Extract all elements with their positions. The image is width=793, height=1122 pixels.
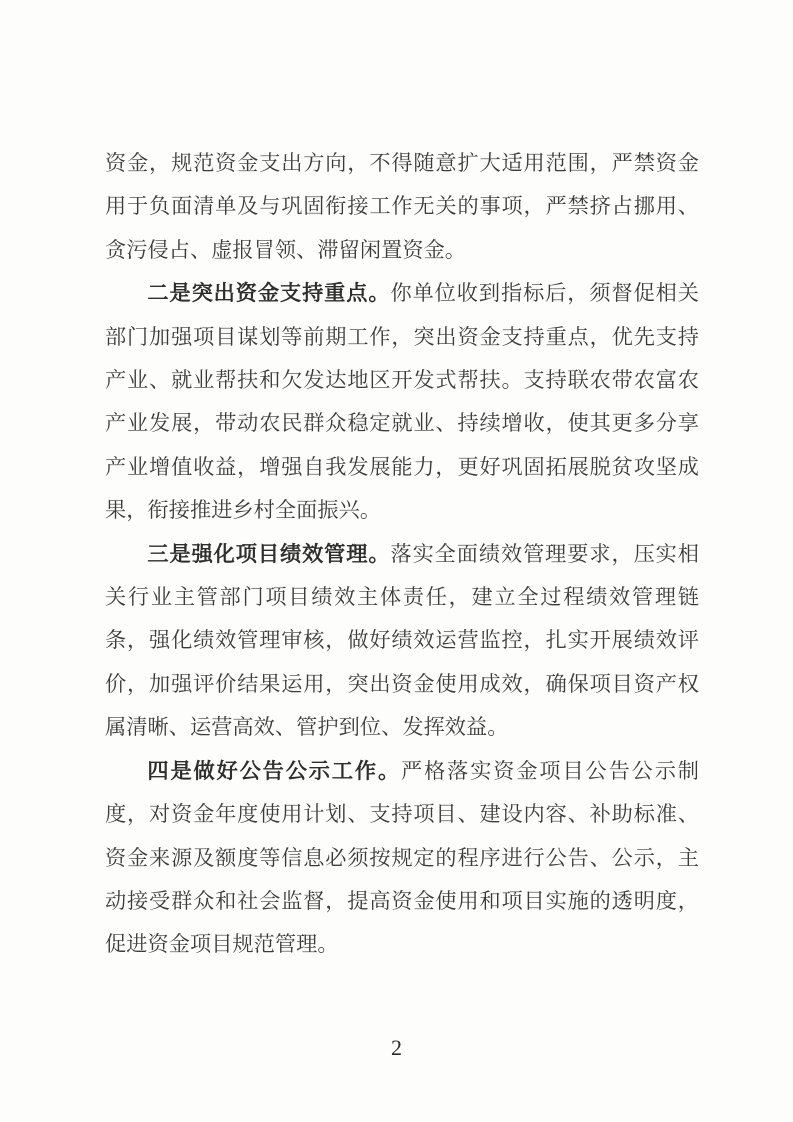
paragraph: 资金，规范资金支出方向，不得随意扩大适用范围，严禁资金用于负面清单及与巩固衔接工…: [105, 142, 699, 272]
paragraph-body: 资金，规范资金支出方向，不得随意扩大适用范围，严禁资金用于负面清单及与巩固衔接工…: [105, 151, 699, 262]
paragraph: 二是突出资金支持重点。你单位收到指标后，须督促相关部门加强项目谋划等前期工作，突…: [105, 272, 699, 532]
document-page: 资金，规范资金支出方向，不得随意扩大适用范围，严禁资金用于负面清单及与巩固衔接工…: [0, 0, 793, 1122]
paragraph: 三是强化项目绩效管理。落实全面绩效管理要求，压实相关行业主管部门项目绩效主体责任…: [105, 533, 699, 750]
paragraph-lead: 二是突出资金支持重点。: [147, 282, 390, 305]
paragraph-body: 你单位收到指标后，须督促相关部门加强项目谋划等前期工作，突出资金支持重点，优先支…: [105, 281, 699, 522]
page-number: 2: [0, 1034, 793, 1062]
paragraph-lead: 三是强化项目绩效管理。: [147, 543, 390, 566]
text-block: 资金，规范资金支出方向，不得随意扩大适用范围，严禁资金用于负面清单及与巩固衔接工…: [105, 142, 699, 967]
paragraph: 四是做好公告公示工作。严格落实资金项目公告公示制度，对资金年度使用计划、支持项目…: [105, 750, 699, 967]
paragraph-lead: 四是做好公告公示工作。: [147, 760, 401, 783]
paragraph-body: 严格落实资金项目公告公示制度，对资金年度使用计划、支持项目、建设内容、补助标准、…: [105, 759, 699, 957]
paragraph-body: 落实全面绩效管理要求，压实相关行业主管部门项目绩效主体责任，建立全过程绩效管理链…: [105, 542, 699, 740]
